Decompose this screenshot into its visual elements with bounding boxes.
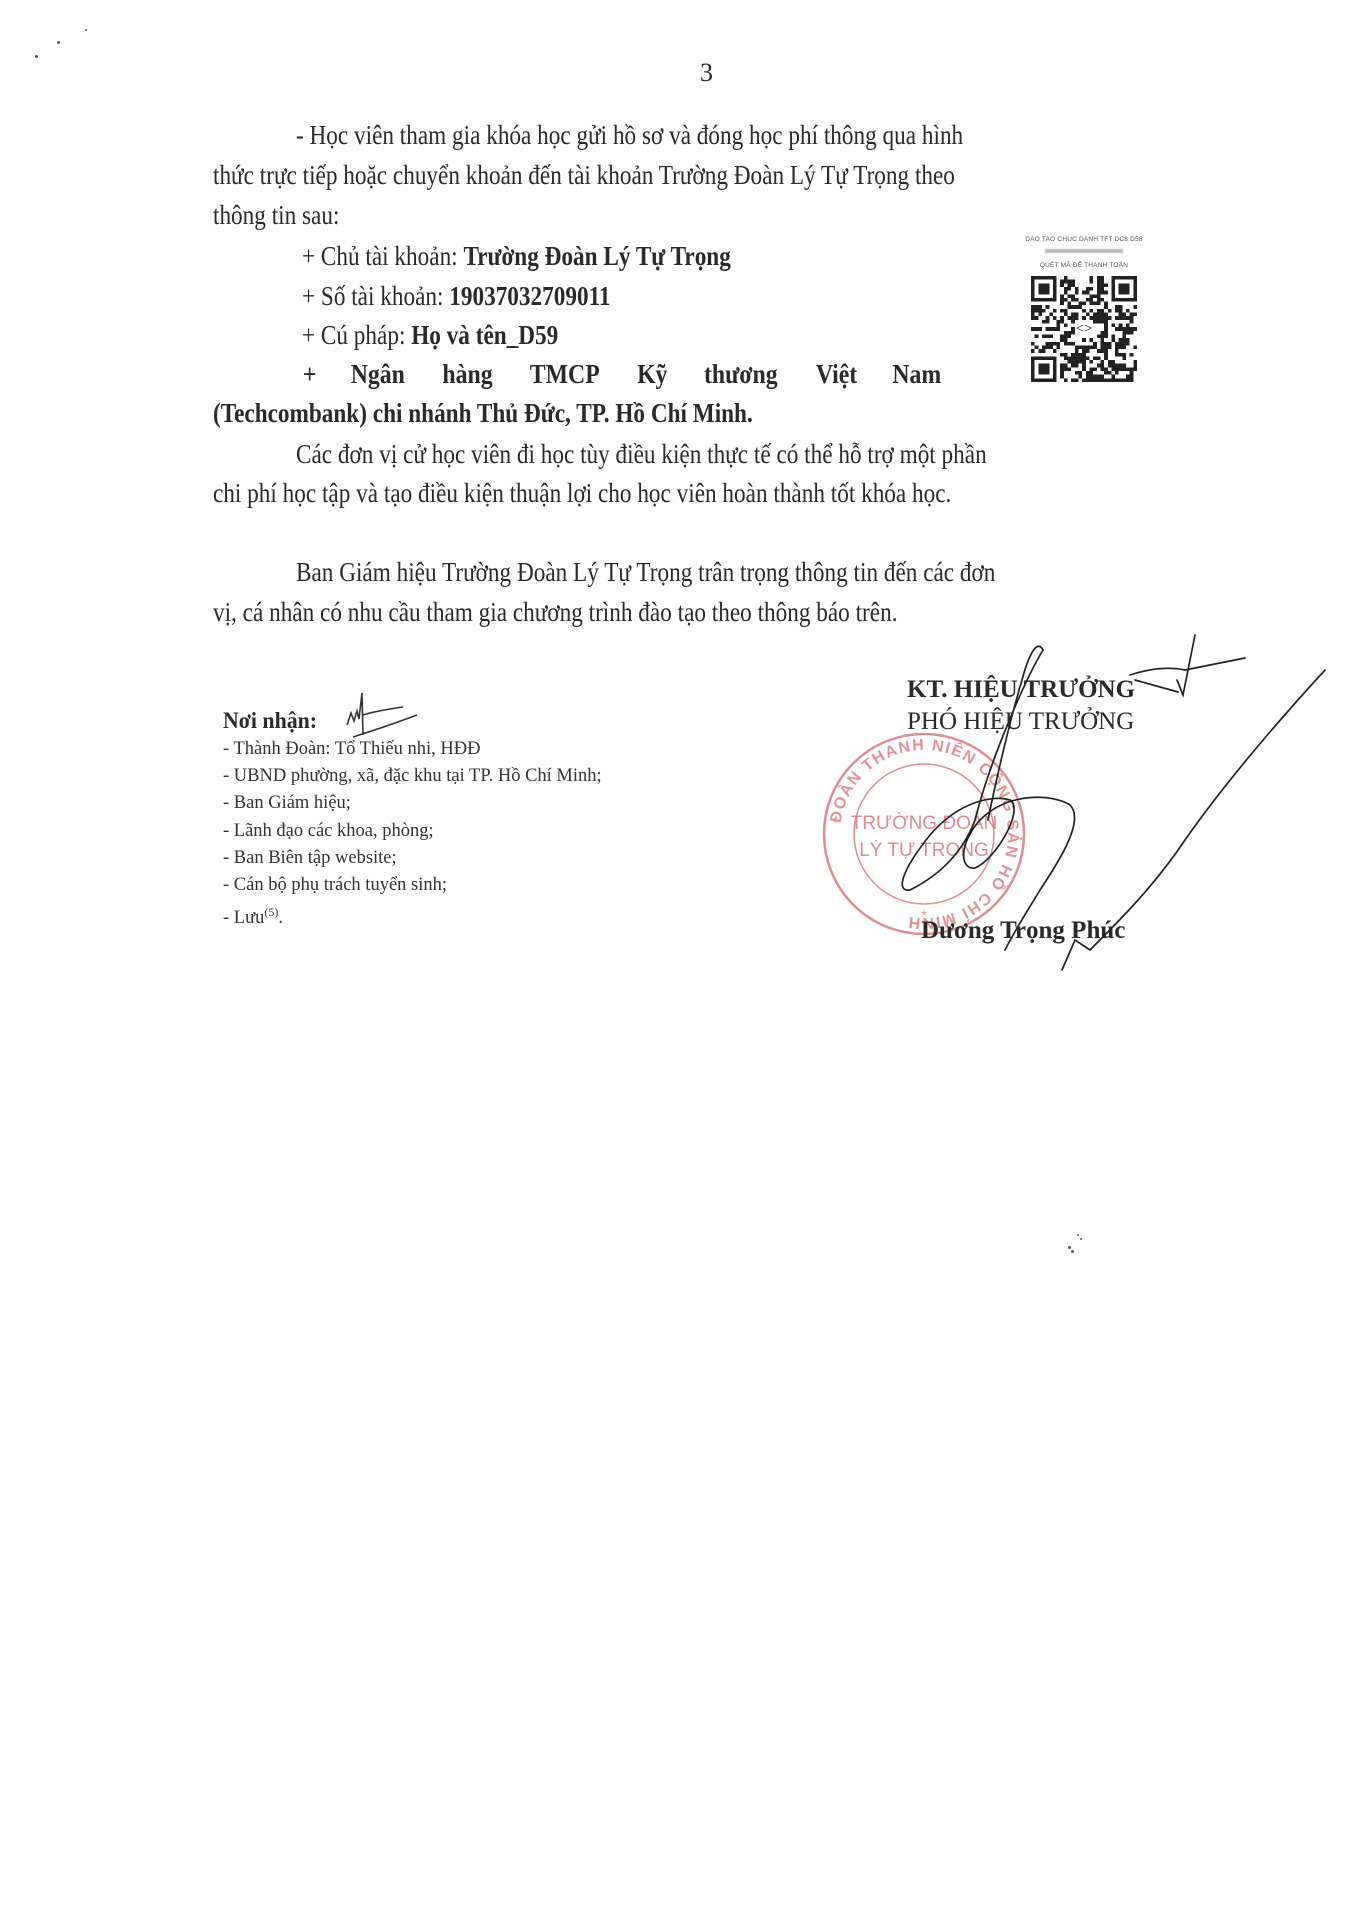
- intro-line-2: thức trực tiếp hoặc chuyển khoản đến tài…: [213, 155, 955, 195]
- transfer-syntax-value: Họ và tên_D59: [411, 320, 558, 350]
- recipient-item: - Lãnh đạo các khoa, phòng;: [223, 820, 434, 842]
- bank-name-word: Kỹ: [637, 354, 667, 394]
- scan-speck: [85, 29, 87, 31]
- bank-name-word: thương: [704, 354, 778, 394]
- account-owner: + Chủ tài khoản: Trường Đoàn Lý Tự Trọng: [302, 236, 801, 276]
- account-number-label: + Số tài khoản:: [302, 281, 449, 311]
- bank-name-word: Ngân: [351, 354, 405, 394]
- bank-name-word: +: [303, 354, 317, 394]
- qr-caption-top: DAO TAO CHUC DANH TFT DC8 D58: [1016, 236, 1152, 243]
- account-number-value: 19037032709011: [449, 281, 610, 311]
- recipient-item: - UBND phường, xã, đặc khu tại TP. Hồ Ch…: [223, 765, 602, 787]
- recipients-title: Nơi nhận:: [223, 708, 322, 734]
- payment-qr-block: DAO TAO CHUC DANH TFT DC8 D58 QUÉT MÃ ĐỂ…: [1016, 236, 1152, 382]
- support-paragraph: Các đơn vị cử học viên đi học tùy điều k…: [296, 434, 1099, 474]
- bank-name-word: TMCP: [530, 354, 600, 394]
- bank-name-word: hàng: [442, 354, 492, 394]
- recipient-item: - Ban Giám hiệu;: [223, 792, 351, 814]
- scan-speck: [1080, 1238, 1082, 1240]
- bank-name-line-1: +NgânhàngTMCPKỹthươngViệtNam: [302, 354, 945, 394]
- scan-speck: [35, 55, 38, 58]
- support-paragraph-line-2: chi phí học tập và tạo điều kiện thuận l…: [213, 473, 1072, 513]
- intro-paragraph-line-3: thông tin sau:: [213, 195, 360, 235]
- intro-line-1: - Học viên tham gia khóa học gửi hồ sơ v…: [296, 115, 963, 155]
- qr-code[interactable]: <>: [1031, 276, 1137, 382]
- account-owner-value: Trường Đoàn Lý Tự Trọng: [463, 241, 730, 271]
- scan-speck: [1068, 1246, 1071, 1249]
- qr-caption-bottom: QUÉT MÃ ĐỂ THANH TOÁN: [1016, 262, 1152, 269]
- scan-speck: [1071, 1250, 1074, 1253]
- page-number: 3: [700, 58, 713, 88]
- bank-name-word: Nam: [893, 354, 942, 394]
- intro-paragraph-line-2: thức trực tiếp hoặc chuyển khoản đến tài…: [213, 155, 1076, 195]
- recipient-item: - Ban Biên tập website;: [223, 847, 397, 869]
- bank-name-word: Việt: [815, 354, 856, 394]
- handwritten-signature: [800, 620, 1358, 1000]
- initials-scribble: [345, 685, 425, 745]
- account-owner-label: + Chủ tài khoản:: [302, 241, 463, 271]
- recipient-item: - Lưu(5).: [223, 901, 283, 929]
- qr-caption-illegible: [1045, 249, 1123, 253]
- transfer-syntax-label: + Cú pháp:: [302, 320, 411, 350]
- bank-name-line-2: (Techcombank) chi nhánh Thủ Đức, TP. Hồ …: [213, 393, 841, 433]
- recipient-item: - Cán bộ phụ trách tuyển sinh;: [223, 874, 447, 896]
- scan-speck: [1077, 1234, 1079, 1236]
- intro-paragraph: - Học viên tham gia khóa học gửi hồ sơ v…: [296, 115, 1072, 155]
- recipient-item: - Thành Đoàn: Tổ Thiếu nhi, HĐĐ: [223, 738, 480, 760]
- transfer-syntax: + Cú pháp: Họ và tên_D59: [302, 315, 600, 355]
- closing-paragraph: Ban Giám hiệu Trường Đoàn Lý Tự Trọng tr…: [296, 552, 1109, 592]
- svg-text:<>: <>: [1076, 321, 1092, 337]
- account-number: + Số tài khoản: 19037032709011: [302, 276, 661, 316]
- footnote-marker: (5): [264, 905, 278, 919]
- scan-speck: [57, 41, 60, 44]
- intro-line-3: thông tin sau:: [213, 195, 339, 235]
